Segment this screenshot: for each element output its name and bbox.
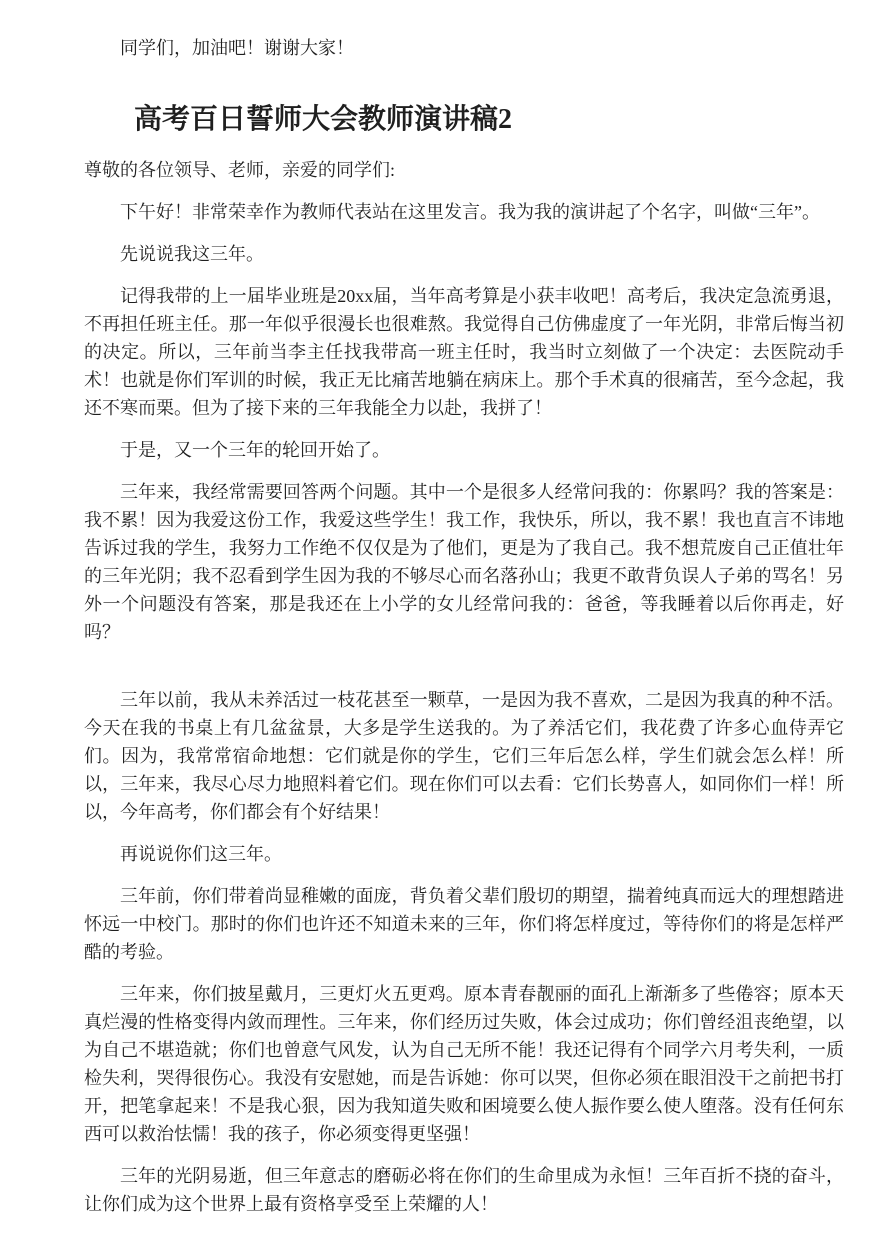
paragraph: 于是，又一个三年的轮回开始了。 [84, 436, 844, 464]
salutation: 尊敬的各位领导、老师，亲爱的同学们: [84, 156, 844, 184]
paragraph: 下午好！非常荣幸作为教师代表站在这里发言。我为我的演讲起了个名字，叫做“三年”。 [84, 198, 844, 226]
paragraph: 三年来，你们披星戴月，三更灯火五更鸡。原本青春靓丽的面孔上渐渐多了些倦容；原本天… [84, 980, 844, 1148]
speech-body: 下午好！非常荣幸作为教师代表站在这里发言。我为我的演讲起了个名字，叫做“三年”。… [84, 198, 844, 1218]
paragraph: 三年前，你们带着尚显稚嫩的面庞，背负着父辈们殷切的期望，揣着纯真而远大的理想踏进… [84, 882, 844, 966]
paragraph: 先说说我这三年。 [84, 240, 844, 268]
prev-section-tail: 同学们，加油吧！谢谢大家！ [84, 34, 844, 62]
document-page: 同学们，加油吧！谢谢大家！ 高考百日誓师大会教师演讲稿2 尊敬的各位领导、老师，… [0, 0, 884, 1250]
paragraph: 三年的光阴易逝，但三年意志的磨砺必将在你们的生命里成为永恒！三年百折不挠的奋斗，… [84, 1162, 844, 1218]
paragraph: 再说说你们这三年。 [84, 840, 844, 868]
paragraph: 三年以前，我从未养活过一枝花甚至一颗草，一是因为我不喜欢，二是因为我真的种不活。… [84, 686, 844, 826]
paragraph: 记得我带的上一届毕业班是20xx届，当年高考算是小获丰收吧！高考后，我决定急流勇… [84, 282, 844, 422]
page-title: 高考百日誓师大会教师演讲稿2 [84, 102, 844, 138]
paragraph: 三年来，我经常需要回答两个问题。其中一个是很多人经常问我的：你累吗？我的答案是：… [84, 478, 844, 646]
